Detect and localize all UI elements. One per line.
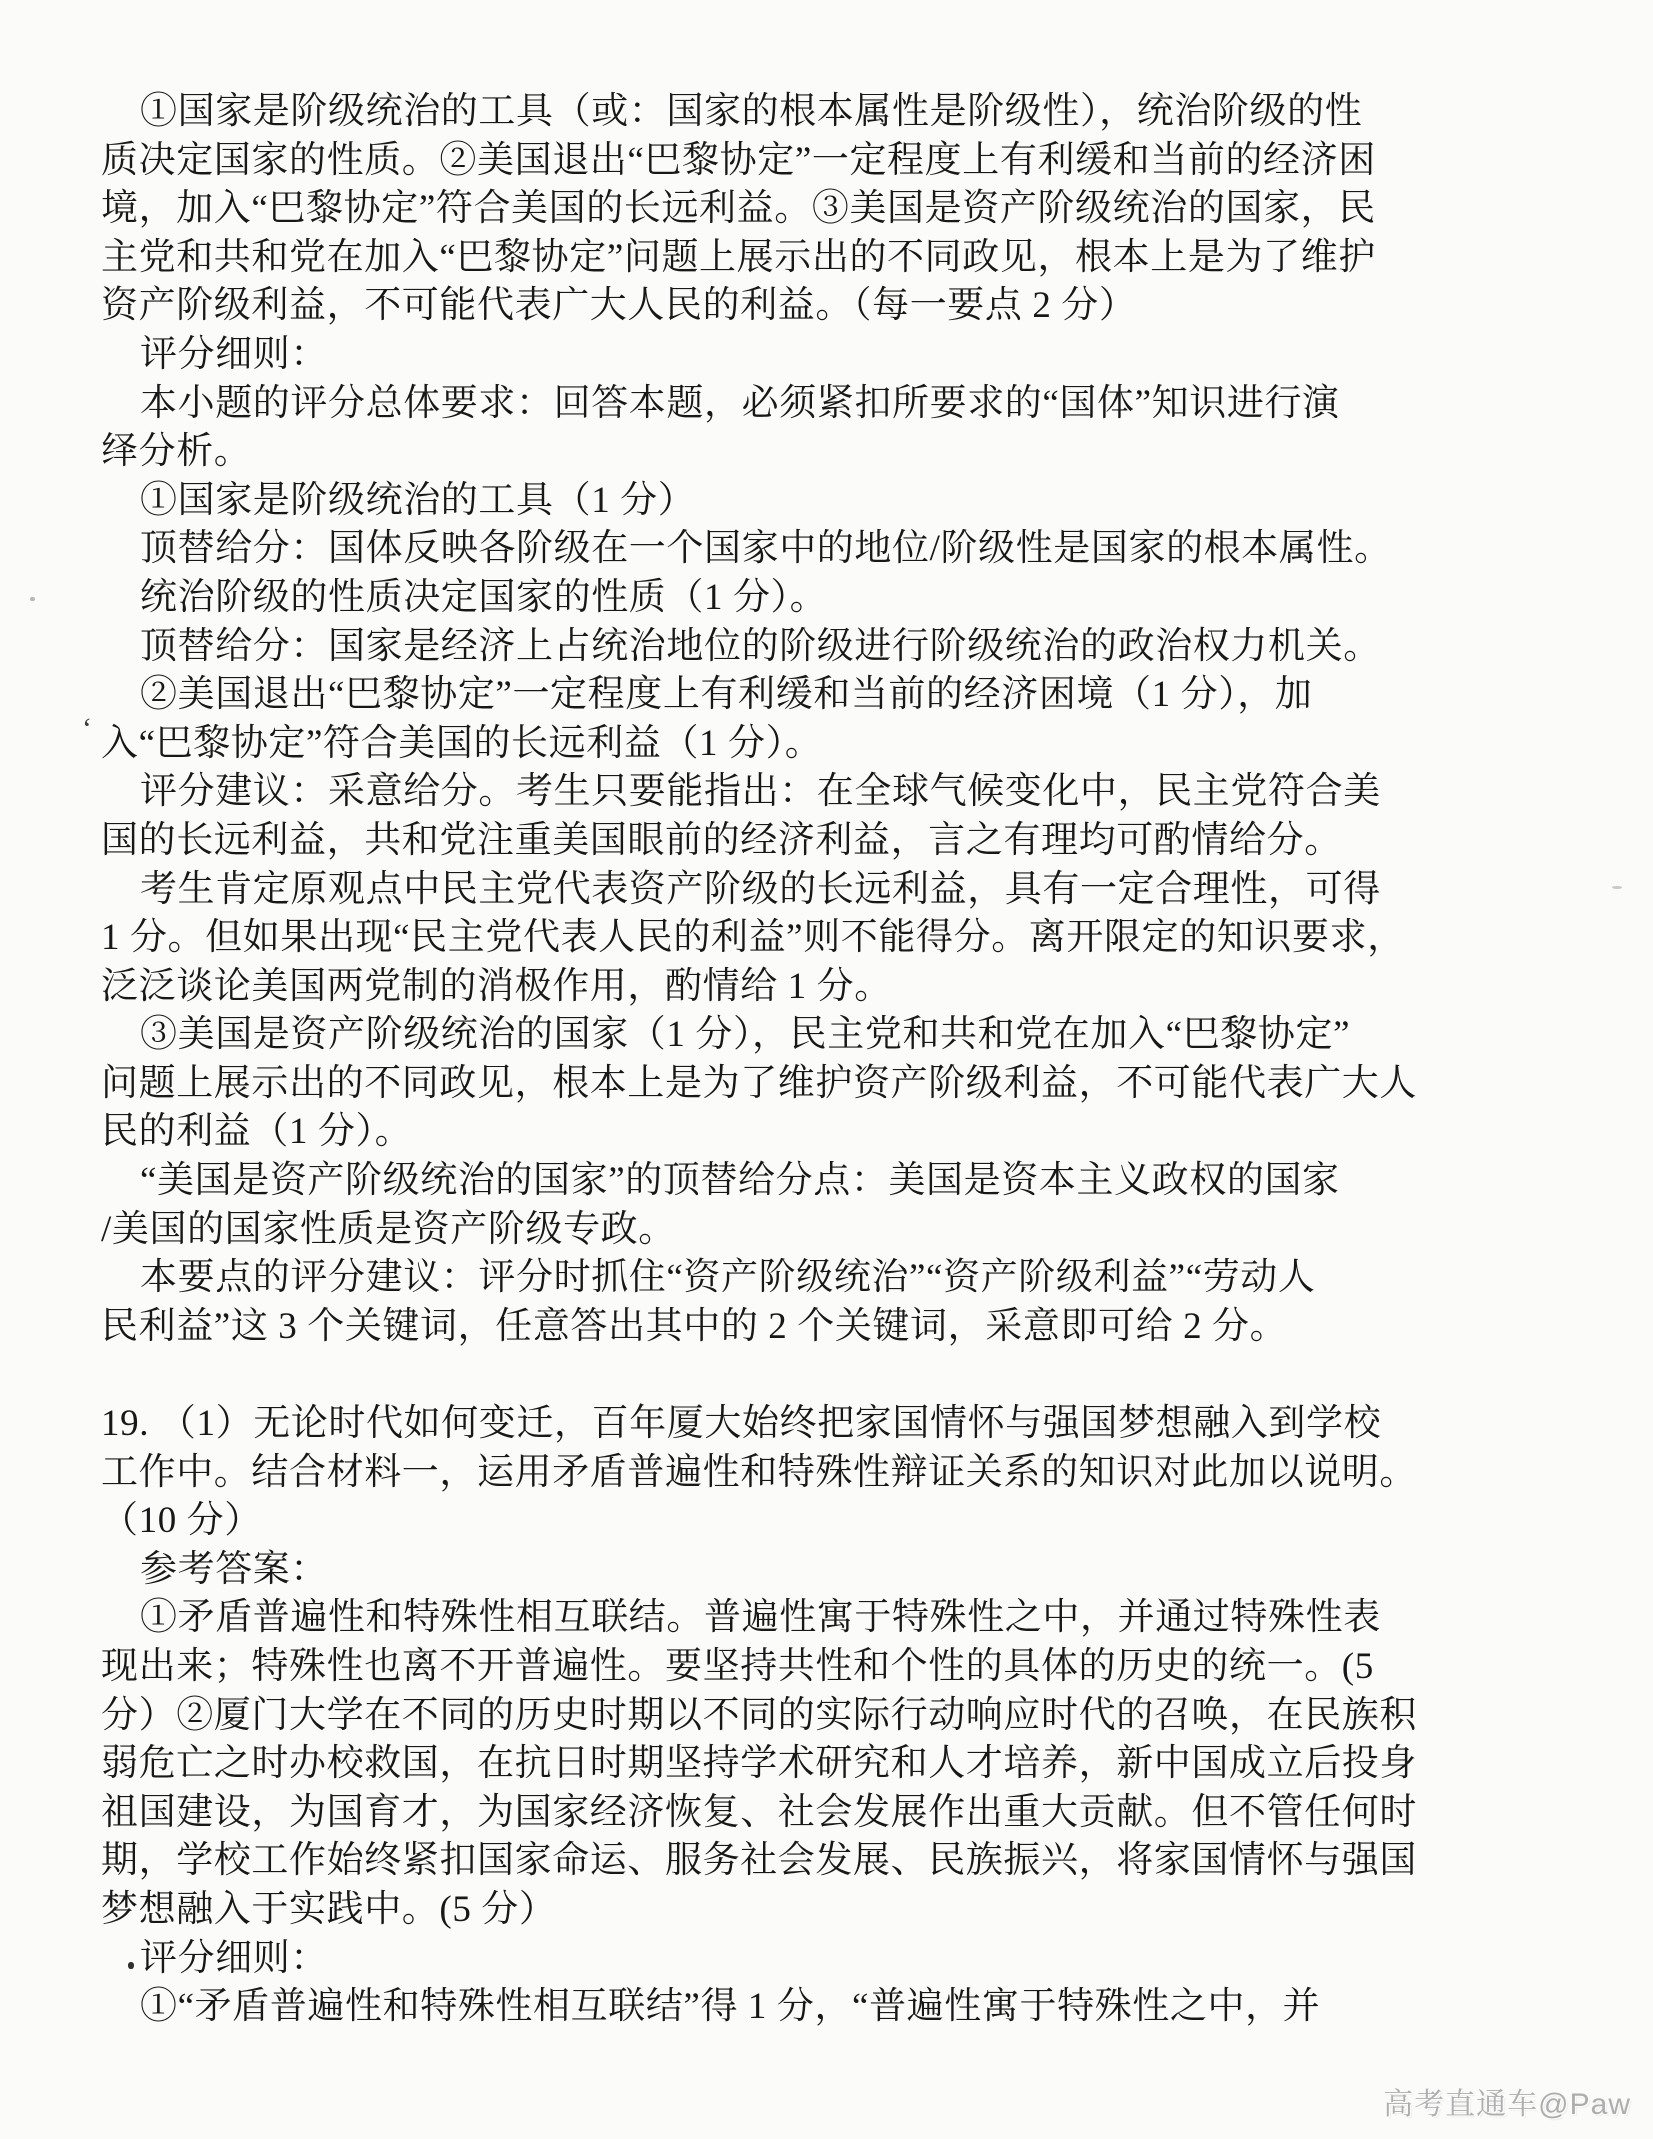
text-line: ①矛盾普遍性和特殊性相互联结。普遍性寓于特殊性之中，并通过特殊性表 [101, 1594, 1461, 1643]
text-line: 考生肯定原观点中民主党代表资产阶级的长远利益，具有一定合理性，可得 [101, 866, 1461, 915]
text-line: ③美国是资产阶级统治的国家（1 分），民主党和共和党在加入“巴黎协定” [101, 1011, 1461, 1060]
text-line: 现出来；特殊性也离不开普遍性。要坚持共性和个性的具体的历史的统一。(5 [101, 1643, 1461, 1692]
text-line: 分）②厦门大学在不同的历史时期以不同的实际行动响应时代的召唤，在民族积 [101, 1692, 1461, 1741]
text-line: 顶替给分：国家是经济上占统治地位的阶级进行阶级统治的政治权力机关。 [101, 623, 1461, 672]
text-line: “美国是资产阶级统治的国家”的顶替给分点：美国是资本主义政权的国家 [101, 1157, 1461, 1206]
document-text-block: ①国家是阶级统治的工具（或：国家的根本属性是阶级性），统治阶级的性质决定国家的性… [101, 88, 1461, 2032]
text-line: 期，学校工作始终紧扣国家命运、服务社会发展、民族振兴，将家国情怀与强国 [101, 1837, 1461, 1886]
text-line: 顶替给分：国体反映各阶级在一个国家中的地位/阶级性是国家的根本属性。 [101, 525, 1461, 574]
text-line: 民的利益（1 分）。 [101, 1108, 1461, 1157]
text-line: ②美国退出“巴黎协定”一定程度上有利缓和当前的经济困境（1 分），加 [101, 671, 1461, 720]
text-line: 国的长远利益，共和党注重美国眼前的经济利益，言之有理均可酌情给分。 [101, 817, 1461, 866]
text-line: 质决定国家的性质。②美国退出“巴黎协定”一定程度上有利缓和当前的经济困 [101, 137, 1461, 186]
text-line: ①国家是阶级统治的工具（或：国家的根本属性是阶级性），统治阶级的性 [101, 88, 1461, 137]
text-line: 泛泛谈论美国两党制的消极作用，酌情给 1 分。 [101, 963, 1461, 1012]
text-line: 评分细则： [101, 331, 1461, 380]
scanned-document-page: ①国家是阶级统治的工具（或：国家的根本属性是阶级性），统治阶级的性质决定国家的性… [0, 0, 1653, 2139]
scan-artifact [30, 597, 35, 601]
text-line: 参考答案： [101, 1546, 1461, 1595]
scan-artifact [1612, 886, 1622, 889]
text-line: 1 分。但如果出现“民主党代表人民的利益”则不能得分。离开限定的知识要求， [101, 914, 1461, 963]
text-line: 资产阶级利益，不可能代表广大人民的利益。（每一要点 2 分） [101, 282, 1461, 331]
text-line: 本小题的评分总体要求：回答本题，必须紧扣所要求的“国体”知识进行演 [101, 380, 1461, 429]
scan-artifact: ‘ [82, 714, 92, 744]
text-line: 评分建议：采意给分。考生只要能指出：在全球气候变化中，民主党符合美 [101, 768, 1461, 817]
text-line: 工作中。结合材料一，运用矛盾普遍性和特殊性辩证关系的知识对此加以说明。 [101, 1449, 1461, 1498]
text-line: 民利益”这 3 个关键词，任意答出其中的 2 个关键词，采意即可给 2 分。 [101, 1303, 1461, 1352]
text-line: （10 分） [101, 1497, 1461, 1546]
text-line: 19. （1）无论时代如何变迁，百年厦大始终把家国情怀与强国梦想融入到学校 [101, 1400, 1461, 1449]
text-line: 境，加入“巴黎协定”符合美国的长远利益。③美国是资产阶级统治的国家，民 [101, 185, 1461, 234]
text-line: 主党和共和党在加入“巴黎协定”问题上展示出的不同政见，根本上是为了维护 [101, 234, 1461, 283]
text-line: /美国的国家性质是资产阶级专政。 [101, 1206, 1461, 1255]
text-line: 绎分析。 [101, 428, 1461, 477]
text-line: 本要点的评分建议：评分时抓住“资产阶级统治”“资产阶级利益”“劳动人 [101, 1254, 1461, 1303]
text-line: 入“巴黎协定”符合美国的长远利益（1 分）。 [101, 720, 1461, 769]
text-line: 评分细则： [101, 1935, 1461, 1984]
text-line: 祖国建设，为国育才，为国家经济恢复、社会发展作出重大贡献。但不管任何时 [101, 1789, 1461, 1838]
text-line: 梦想融入于实践中。(5 分） [101, 1886, 1461, 1935]
text-line: 弱危亡之时办校救国，在抗日时期坚持学术研究和人才培养，新中国成立后投身 [101, 1740, 1461, 1789]
watermark: 高考直通车@Paw [1383, 2079, 1631, 2123]
text-line: 统治阶级的性质决定国家的性质（1 分）。 [101, 574, 1461, 623]
text-line: 问题上展示出的不同政见，根本上是为了维护资产阶级利益，不可能代表广大人 [101, 1060, 1461, 1109]
text-line: ①“矛盾普遍性和特殊性相互联结”得 1 分，“普遍性寓于特殊性之中，并 [101, 1983, 1461, 2032]
text-line: ①国家是阶级统治的工具（1 分） [101, 477, 1461, 526]
